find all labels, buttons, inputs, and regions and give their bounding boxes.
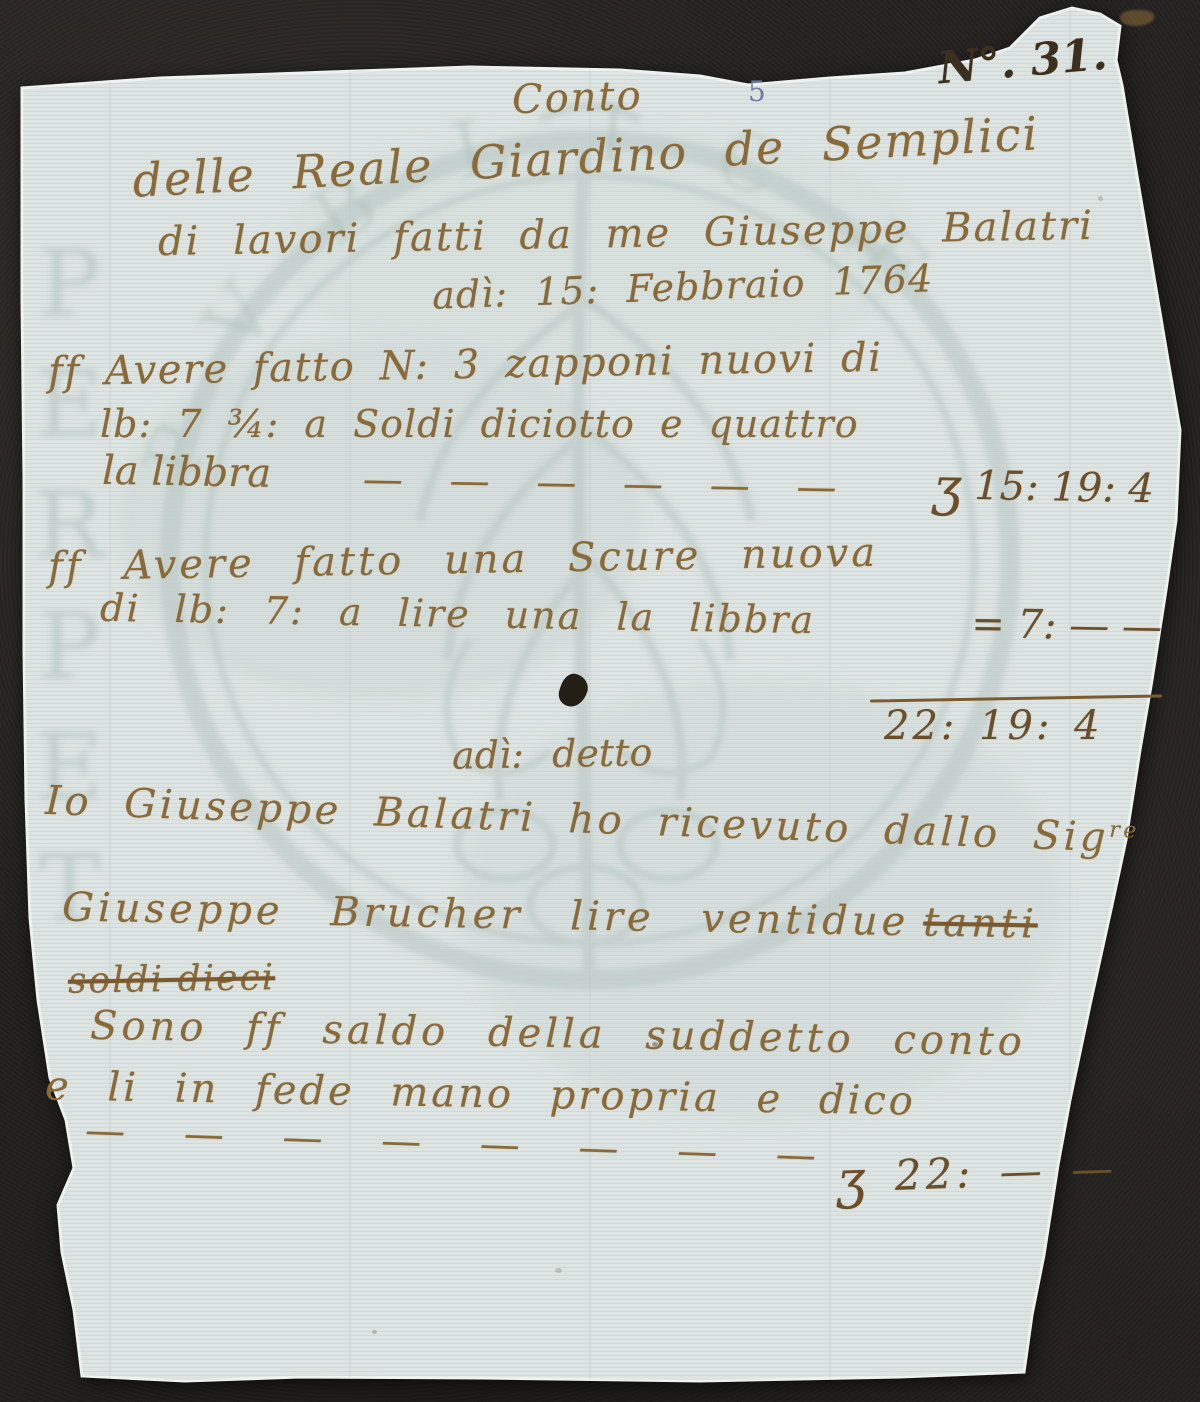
paper-speck: [1098, 196, 1103, 201]
entry2-amount: = 7: — —: [971, 604, 1162, 647]
section-label: adì: detto: [452, 733, 653, 774]
receipt-amount: ʒ 22: — —: [835, 1147, 1117, 1199]
document-title: Conto: [511, 76, 643, 121]
total-amount: 22: 19: 4: [884, 706, 1103, 746]
lira-symbol: ʒ: [932, 457, 962, 518]
receipt-amount-value: 22: — —: [894, 1143, 1118, 1200]
entry1-label: la libbra: [102, 451, 272, 494]
scanned-document: P V B L I C Æ PERPET N°. 31. 5 Conto del…: [0, 0, 1200, 1402]
folio-stamp-number: 5: [748, 78, 766, 106]
entry1-line-2: lb: 7 ¾: a Soldi diciotto e quattro: [100, 405, 859, 443]
entry1-amount: ʒ 15: 19: 4: [932, 465, 1154, 509]
paper-speck: [652, 1042, 658, 1047]
entry1-amount-value: 15: 19: 4: [974, 463, 1154, 512]
receipt-line-3-struck: soldi dieci: [68, 960, 276, 1000]
receipt-line-1-superscript: re: [1109, 818, 1140, 844]
paper-speck: [372, 1330, 377, 1334]
lira-symbol: ʒ: [835, 1150, 870, 1211]
receipt-line-2-struck-word: tanti: [923, 900, 1038, 948]
paper-speck: [555, 1268, 562, 1273]
